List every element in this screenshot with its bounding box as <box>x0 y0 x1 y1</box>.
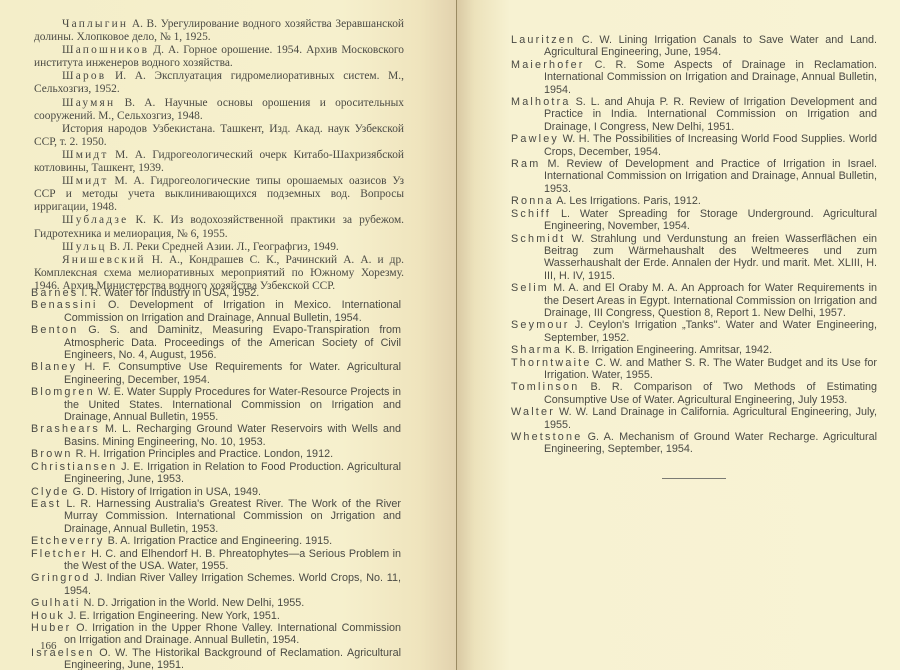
reference-entry: Шаров И. А. Эксплуатация гидромелиоратив… <box>34 70 404 96</box>
reference-author: Шаров <box>62 70 106 82</box>
reference-entry: Selim M. A. and El Oraby M. A. An Approa… <box>511 282 877 319</box>
reference-text: B. R. Comparison of Two Methods of Estim… <box>544 381 877 405</box>
reference-author: Blomgren <box>31 386 95 398</box>
reference-text: W. W. Land Drainage in California. Agric… <box>544 406 877 430</box>
reference-entry: Walter W. W. Land Drainage in California… <box>511 406 877 431</box>
reference-entry: Thorntwaite C. W. and Mather S. R. The W… <box>511 357 877 382</box>
reference-author: Gringrod <box>31 572 91 584</box>
reference-text: M. L. Recharging Ground Water Reservoirs… <box>64 423 401 447</box>
reference-text: M. A. and El Oraby M. A. An Approach for… <box>544 282 877 319</box>
reference-author: Tomlinson <box>511 381 579 393</box>
reference-author: Шмидт <box>62 149 109 161</box>
reference-text: A. Les Irrigations. Paris, 1912. <box>554 195 701 207</box>
reference-entry: Ram M. Review of Development and Practic… <box>511 158 877 195</box>
english-references: Barnes I. R. Water for Industry in USA, … <box>31 287 401 670</box>
reference-author: Thorntwaite <box>511 357 592 369</box>
reference-entry: Blaney H. F. Consumptive Use Requirement… <box>31 361 401 386</box>
reference-text: История народов Узбекистана. Ташкент, Из… <box>34 123 404 148</box>
reference-author: Ronna <box>511 195 554 207</box>
reference-author: Шульц <box>62 241 107 253</box>
reference-author: Шубладзе <box>62 214 128 226</box>
reference-author: Pawley <box>511 133 559 145</box>
reference-entry: Шаумян В. А. Научные основы орошения и о… <box>34 97 404 123</box>
reference-text: B. A. Irrigation Practice and Engineerin… <box>105 535 332 547</box>
book-spread: Чаплыгин А. В. Урегулирование водного хо… <box>0 0 900 670</box>
reference-text: J. Ceylon's Irrigation „Tanks". Water an… <box>544 319 877 343</box>
reference-entry: Schiff L. Water Spreading for Storage Un… <box>511 208 877 233</box>
reference-text: M. Review of Development and Practice of… <box>540 158 877 195</box>
left-page: Чаплыгин А. В. Урегулирование водного хо… <box>0 0 456 670</box>
reference-entry: Benton G. S. and Daminitz, Measuring Eva… <box>31 324 401 361</box>
reference-author: Clyde <box>31 486 70 498</box>
reference-entry: Brashears M. L. Recharging Ground Water … <box>31 423 401 448</box>
russian-references: Чаплыгин А. В. Урегулирование водного хо… <box>34 18 404 293</box>
reference-entry: Fletcher H. C. and Elhendorf H. B. Phrea… <box>31 548 401 573</box>
reference-entry: Шмидт М. А. Гидрогеологический очерк Кит… <box>34 149 404 175</box>
reference-entry: Tomlinson B. R. Comparison of Two Method… <box>511 381 877 406</box>
end-divider-rule <box>662 478 726 479</box>
reference-text: I. R. Water for Industry in USA, 1952. <box>78 287 259 299</box>
reference-text: J. Indian River Valley Irrigation Scheme… <box>64 572 401 596</box>
right-page: Lauritzen C. W. Lining Irrigation Canals… <box>456 0 900 670</box>
reference-author: Gulhati <box>31 597 81 609</box>
reference-entry: Christiansen J. E. Irrigation in Relatio… <box>31 461 401 486</box>
reference-entry: Etcheverry B. A. Irrigation Practice and… <box>31 535 401 547</box>
reference-author: Malhotra <box>511 96 571 108</box>
reference-text: L. R. Harnessing Australia's Greatest Ri… <box>61 498 401 535</box>
reference-entry: Sharma K. B. Irrigation Engineering. Amr… <box>511 344 877 356</box>
reference-text: O. W. The Historikal Background of Recla… <box>64 647 401 670</box>
reference-author: Benassini <box>31 299 98 311</box>
reference-text: L. Water Spreading for Storage Undergrou… <box>544 208 877 232</box>
reference-author: Etcheverry <box>31 535 105 547</box>
reference-text: G. A. Mechanism of Ground Water Recharge… <box>544 431 877 455</box>
reference-author: Янишевский <box>62 254 146 266</box>
reference-text: C. W. Lining Irrigation Canals to Save W… <box>544 34 877 58</box>
reference-text: S. L. and Ahuja P. R. Review of Irrigati… <box>544 96 877 133</box>
reference-author: Schmidt <box>511 233 565 245</box>
reference-author: Walter <box>511 406 555 418</box>
reference-author: Maierhofer <box>511 59 585 71</box>
reference-text: W. E. Water Supply Procedures for Water-… <box>64 386 401 423</box>
reference-entry: Huber O. Irrigation in the Upper Rhone V… <box>31 622 401 647</box>
reference-author: Чаплыгин <box>62 18 128 30</box>
reference-author: Whetstone <box>511 431 582 443</box>
page-number: 166 <box>40 640 57 652</box>
reference-text: J. E. Irrigation Engineering. New York, … <box>65 610 280 622</box>
reference-entry: Israelsen O. W. The Historikal Backgroun… <box>31 647 401 670</box>
reference-text: C. W. and Mather S. R. The Water Budget … <box>544 357 877 381</box>
reference-author: Brashears <box>31 423 100 435</box>
reference-author: Barnes <box>31 287 78 299</box>
reference-entry: Clyde G. D. History of Irrigation in USA… <box>31 486 401 498</box>
reference-author: Huber <box>31 622 71 634</box>
reference-author: Шапошников <box>62 44 149 56</box>
reference-entry: Malhotra S. L. and Ahuja P. R. Review of… <box>511 96 877 133</box>
reference-entry: Schmidt W. Strahlung und Verdunstung an … <box>511 233 877 283</box>
reference-text: G. S. and Daminitz, Measuring Evapo-Tran… <box>64 324 401 361</box>
reference-author: Шаумян <box>62 97 115 109</box>
reference-entry: Pawley W. H. The Possibilities of Increa… <box>511 133 877 158</box>
reference-entry: Maierhofer C. R. Some Aspects of Drainag… <box>511 59 877 96</box>
reference-author: Benton <box>31 324 78 336</box>
reference-entry: Seymour J. Ceylon's Irrigation „Tanks". … <box>511 319 877 344</box>
reference-entry: East L. R. Harnessing Australia's Greate… <box>31 498 401 535</box>
reference-text: W. Strahlung und Verdunstung an freien W… <box>544 233 877 282</box>
reference-text: O. Irrigation in the Upper Rhone Valley.… <box>64 622 401 646</box>
reference-author: Houk <box>31 610 65 622</box>
reference-author: Шмидт <box>62 175 109 187</box>
reference-entry: Whetstone G. A. Mechanism of Ground Wate… <box>511 431 877 456</box>
reference-entry: Blomgren W. E. Water Supply Procedures f… <box>31 386 401 423</box>
reference-author: Brown <box>31 448 73 460</box>
reference-author: Blaney <box>31 361 77 373</box>
reference-entry: Шубладзе К. К. Из водохозяйственной прак… <box>34 214 404 240</box>
reference-text: R. H. Irrigation Principles and Practice… <box>73 448 333 460</box>
reference-text: N. D. Jrrigation in the World. New Delhi… <box>81 597 305 609</box>
reference-entry: Gulhati N. D. Jrrigation in the World. N… <box>31 597 401 609</box>
reference-author: Schiff <box>511 208 551 220</box>
reference-entry: Benassini O. Development of Irrigation i… <box>31 299 401 324</box>
reference-text: G. D. History of Irrigation in USA, 1949… <box>70 486 261 498</box>
reference-entry: Чаплыгин А. В. Урегулирование водного хо… <box>34 18 404 44</box>
reference-entry: Шапошников Д. А. Горное орошение. 1954. … <box>34 44 404 70</box>
reference-entry: Houk J. E. Irrigation Engineering. New Y… <box>31 610 401 622</box>
reference-author: Fletcher <box>31 548 88 560</box>
reference-text: O. Development of Irrigation in Mexico. … <box>64 299 401 323</box>
reference-entry: Шмидт М. А. Гидрогеологические типы орош… <box>34 175 404 214</box>
reference-entry: Шульц В. Л. Реки Средней Азии. Л., Геогр… <box>34 241 404 254</box>
reference-text: H. C. and Elhendorf H. B. Phreatophytes—… <box>64 548 401 572</box>
reference-entry: Barnes I. R. Water for Industry in USA, … <box>31 287 401 299</box>
reference-entry: Gringrod J. Indian River Valley Irrigati… <box>31 572 401 597</box>
reference-author: Christiansen <box>31 461 117 473</box>
reference-author: Lauritzen <box>511 34 575 46</box>
reference-text: В. Л. Реки Средней Азии. Л., Географгиз,… <box>107 241 339 253</box>
reference-entry: Lauritzen C. W. Lining Irrigation Canals… <box>511 34 877 59</box>
reference-author: Ram <box>511 158 540 170</box>
reference-author: Selim <box>511 282 549 294</box>
reference-entry: История народов Узбекистана. Ташкент, Из… <box>34 123 404 149</box>
reference-author: Sharma <box>511 344 562 356</box>
reference-entry: Brown R. H. Irrigation Principles and Pr… <box>31 448 401 460</box>
reference-entry: Ronna A. Les Irrigations. Paris, 1912. <box>511 195 877 207</box>
reference-text: H. F. Consumptive Use Requirements for W… <box>64 361 401 385</box>
reference-text: C. R. Some Aspects of Drainage in Reclam… <box>544 59 877 96</box>
reference-text: K. B. Irrigation Engineering. Amritsar, … <box>562 344 772 356</box>
english-references-continued: Lauritzen C. W. Lining Irrigation Canals… <box>511 34 877 456</box>
reference-author: Seymour <box>511 319 570 331</box>
reference-author: East <box>31 498 61 510</box>
reference-text: W. H. The Possibilities of Increasing Wo… <box>544 133 877 157</box>
